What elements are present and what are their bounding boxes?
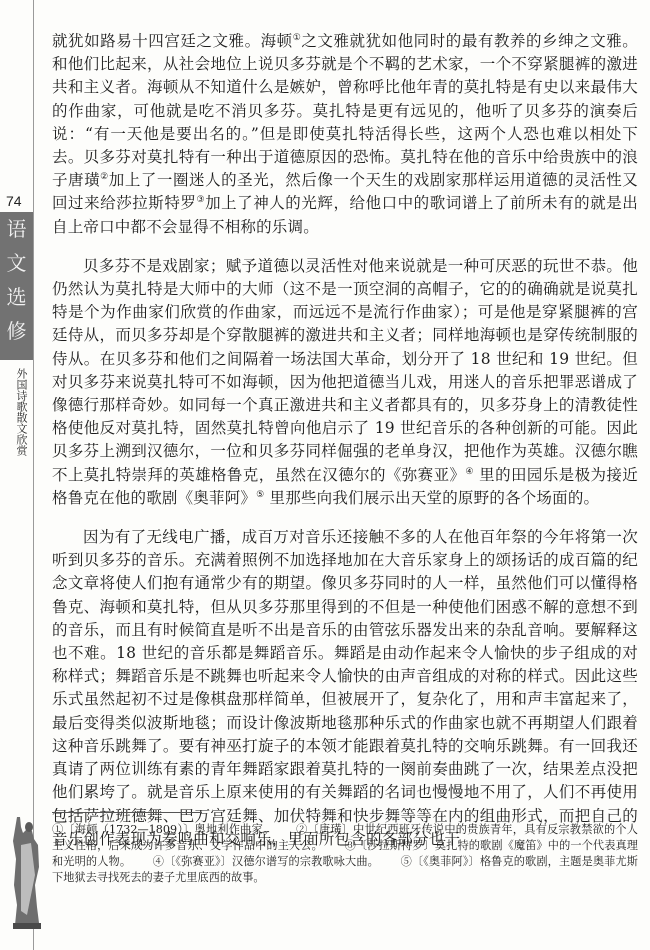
statue-icon — [5, 815, 45, 935]
article-body: 就犹如路易十四宫廷之文雅。海顿①之文雅就犹如他同时的最有教养的乡绅之文雅。和他们… — [52, 30, 638, 851]
series-tab-char: 语 — [0, 212, 33, 246]
margin-rule — [33, 0, 34, 950]
book-subtitle: 外国诗歌散文欣赏 — [6, 368, 28, 456]
paragraph-2: 贝多芬不是戏剧家；赋予道德以灵活性对他来说就是一种可厌恶的玩世不恭。他仍然认为莫… — [52, 255, 638, 510]
footnote-ref: ④ — [465, 467, 473, 477]
footnote-ref: ② — [100, 172, 109, 182]
series-tab-char: 选 — [0, 280, 33, 314]
footnotes: ①〔海顿（1732—1809）〕奥地利作曲家。 ②〔唐璜〕中世纪西班牙传说中的贵… — [52, 822, 638, 886]
footnote-4: ④〔《弥赛亚》〕汉德尔谱写的宗教歌咏大曲。 — [153, 855, 379, 868]
footnote-ref: ③ — [196, 195, 205, 205]
footnote-ref: ① — [293, 33, 302, 43]
paragraph-1: 就犹如路易十四宫廷之文雅。海顿①之文雅就犹如他同时的最有教养的乡绅之文雅。和他们… — [52, 30, 638, 239]
series-tab-char: 修 — [0, 314, 33, 348]
series-tab: 语 文 选 修 — [0, 212, 33, 360]
series-tab-char: 文 — [0, 246, 33, 280]
footnote-divider — [52, 812, 202, 813]
page-number: 74 — [6, 193, 22, 209]
footnote-1: ①〔海顿（1732—1809）〕奥地利作曲家。 — [52, 823, 274, 836]
paragraph-3: 因为有了无线电广播，成百万对音乐还接触不多的人在他百年祭的今年将第一次听到贝多芬… — [52, 526, 638, 851]
footnote-ref: ⑤ — [256, 490, 264, 500]
